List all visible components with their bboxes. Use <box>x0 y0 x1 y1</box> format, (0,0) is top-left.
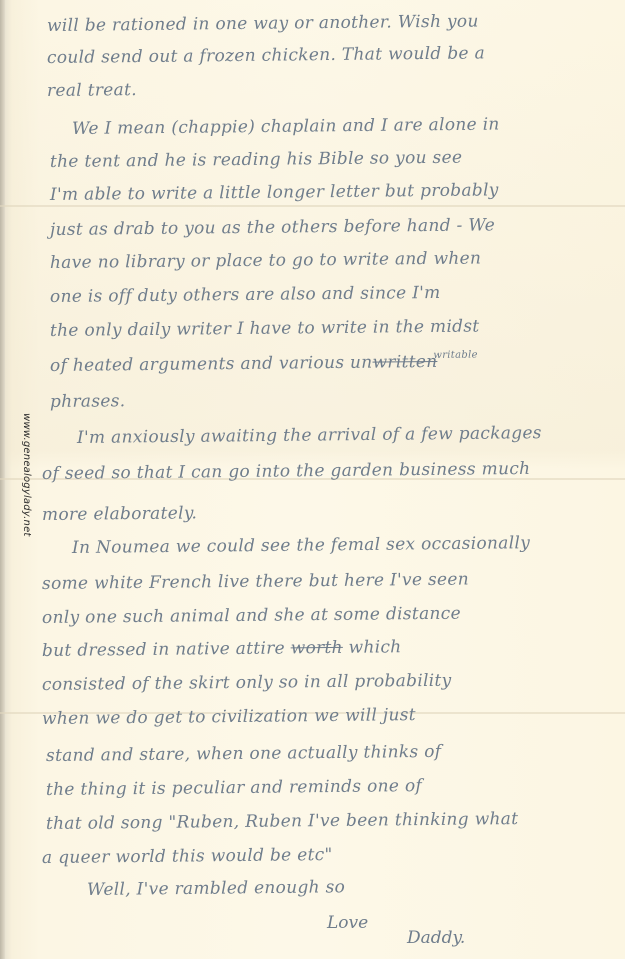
letter-line: In Noumea we could see the femal sex occ… <box>72 533 530 558</box>
closing-salutation: Love <box>327 913 368 933</box>
letter-line: of seed so that I can go into the garden… <box>42 459 531 484</box>
letter-line: when we do get to civilization we will j… <box>42 705 416 729</box>
watermark: www.genealogylady.net <box>12 413 32 543</box>
letter-line: real treat. <box>47 80 137 101</box>
struck-word: written <box>372 352 437 373</box>
letter-line-text: which <box>348 637 401 658</box>
letter-line: only one such animal and she at some dis… <box>42 604 461 628</box>
letter-line: I'm able to write a little longer letter… <box>50 180 499 205</box>
letter-line-text: but dressed in native attire <box>42 638 285 661</box>
struck-word: worth <box>291 638 343 659</box>
letter-line: phrases. <box>50 391 126 412</box>
letter-line: the tent and he is reading his Bible so … <box>50 148 462 172</box>
letter-line: one is off duty others are also and sinc… <box>50 283 441 307</box>
inserted-word: writable <box>433 350 478 361</box>
letter-line: more elaborately. <box>42 503 197 525</box>
letter-line: stand and stare, when one actually think… <box>46 742 442 766</box>
letter-line: some white French live there but here I'… <box>42 570 469 594</box>
letter-line: Well, I've rambled enough so <box>87 877 345 900</box>
letter-line: could send out a frozen chicken. That wo… <box>47 43 485 68</box>
letter-line: that old song "Ruben, Ruben I've been th… <box>46 809 519 834</box>
paper-fold <box>0 205 625 207</box>
letter-line: the only daily writer I have to write in… <box>50 317 480 341</box>
letter-line: just as drab to you as the others before… <box>50 215 495 240</box>
letter-line: will be rationed in one way or another. … <box>47 11 479 36</box>
letter-line: have no library or place to go to write … <box>50 248 481 273</box>
letter-line: I'm anxiously awaiting the arrival of a … <box>77 423 542 448</box>
signature: Daddy. <box>407 928 465 948</box>
letter-line: but dressed in native attire worth which <box>42 637 402 661</box>
letter-line-text: of heated arguments and various un <box>50 353 373 376</box>
letter-page: www.genealogylady.net will be rationed i… <box>0 0 625 959</box>
letter-line: of heated arguments and various unwritte… <box>50 352 478 376</box>
letter-line: the thing it is peculiar and reminds one… <box>46 776 422 800</box>
letter-line: a queer world this would be etc" <box>42 845 333 868</box>
letter-line: We I mean (chappie) chaplain and I are a… <box>72 115 500 139</box>
letter-line: consisted of the skirt only so in all pr… <box>42 671 452 695</box>
